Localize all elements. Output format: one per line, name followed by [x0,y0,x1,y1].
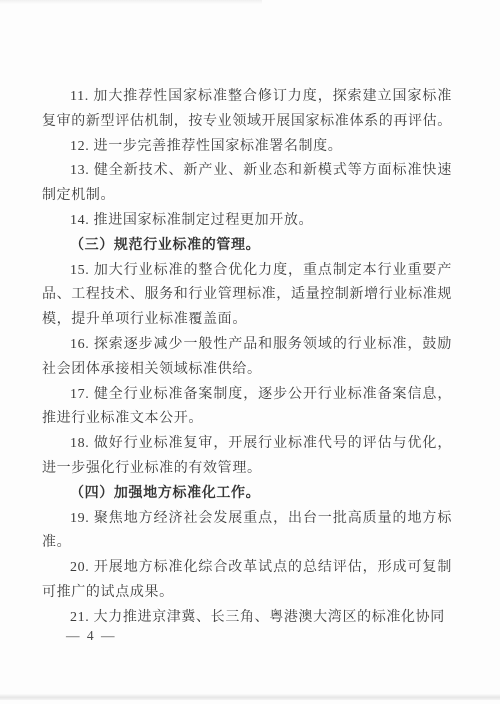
page-number: — 4 — [66,628,117,644]
scanned-document-page: 11. 加大推荐性国家标准整合修订力度，探索建立国家标准复审的新型评估机制，按专… [0,0,500,704]
para-item-18: 18. 做好行业标准复审，开展行业标准代号的评估与优化，进一步强化行业标准的有效… [42,432,452,482]
document-body: 11. 加大推荐性国家标准整合修订力度，探索建立国家标准复审的新型评估机制，按专… [42,85,452,631]
page-top-edge [0,0,262,4]
subsection-heading-3: （三）规范行业标准的管理。 [42,234,452,259]
para-item-19: 19. 聚焦地方经济社会发展重点，出台一批高质量的地方标准。 [42,507,452,557]
para-item-16: 16. 探索逐步减少一般性产品和服务领域的行业标准，鼓励社会团体承接相关领域标准… [42,333,452,383]
para-item-20: 20. 开展地方标准化综合改革试点的总结评估，形成可复制可推广的试点成果。 [42,556,452,606]
para-item-12: 12. 进一步完善推荐性国家标准署名制度。 [42,135,452,160]
para-item-15: 15. 加大行业标准的整合优化力度，重点制定本行业重要产品、工程技术、服务和行业… [42,259,452,333]
para-item-21: 21. 大力推进京津冀、长三角、粤港澳大湾区的标准化协同 [42,606,452,631]
para-item-17: 17. 健全行业标准备案制度，逐步公开行业标准备案信息，推进行业标准文本公开。 [42,383,452,433]
para-item-11: 11. 加大推荐性国家标准整合修订力度，探索建立国家标准复审的新型评估机制，按专… [42,85,452,135]
page-bottom-edge [0,694,500,700]
para-item-14: 14. 推进国家标准制定过程更加开放。 [42,209,452,234]
subsection-heading-4: （四）加强地方标准化工作。 [42,482,452,507]
para-item-13: 13. 健全新技术、新产业、新业态和新模式等方面标准快速制定机制。 [42,159,452,209]
